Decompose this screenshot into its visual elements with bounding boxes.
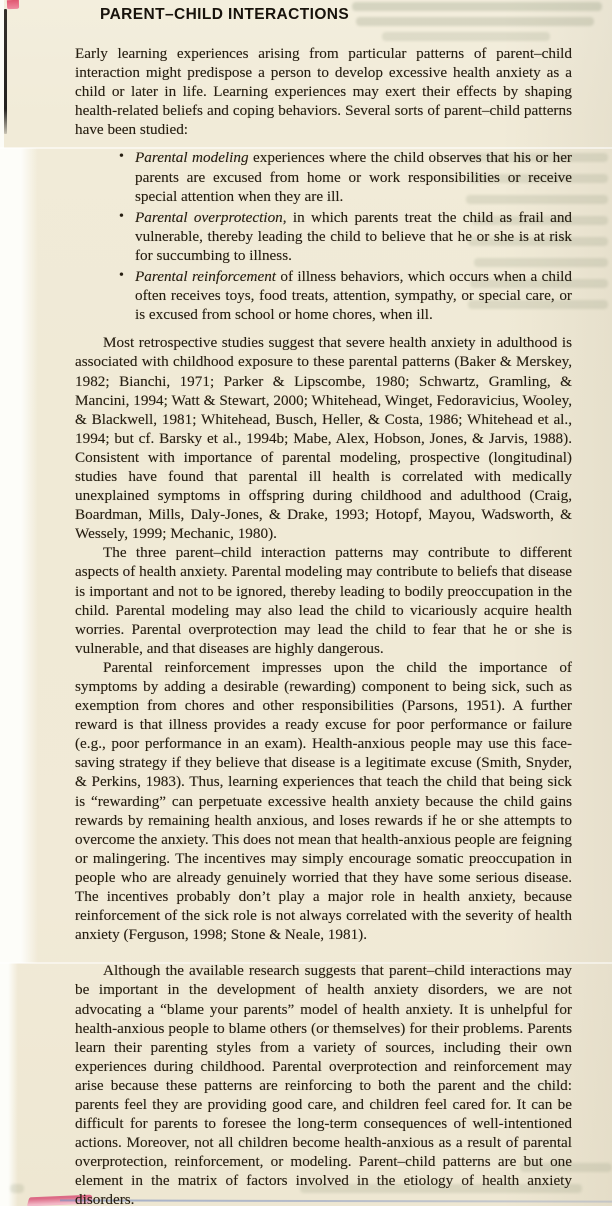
bullet-lead: Parental overprotection: [135, 209, 283, 226]
bullet-marker: •: [119, 147, 124, 166]
bullet-item: •Parental modeling experiences where the…: [75, 148, 572, 205]
ghost-line: [10, 1184, 24, 1193]
paragraph-although: Although the available research suggests…: [75, 961, 572, 1206]
bullet-item: •Parental overprotection, in which paren…: [75, 208, 572, 265]
scan-white-margin-bottom: [0, 963, 18, 1206]
bullet-lead: Parental modeling: [135, 149, 249, 166]
bullet-lead: Parental reinforcement: [135, 268, 276, 285]
pink-highlight-mark-top: [7, 0, 19, 9]
page-gutter-line: [4, 9, 7, 134]
ghost-line: [356, 17, 594, 26]
paragraph-three-patterns: The three parent–child interaction patte…: [75, 543, 572, 658]
bullet-item: •Parental reinforcement of illness behav…: [75, 267, 572, 324]
body-text: Early learning experiences arising from …: [75, 44, 572, 1206]
ghost-line: [382, 32, 550, 41]
ghost-line: [352, 2, 602, 11]
bullet-list: •Parental modeling experiences where the…: [75, 148, 572, 324]
bullet-marker: •: [119, 266, 124, 285]
paragraph-retrospective: Most retrospective studies suggest that …: [75, 333, 572, 543]
scanned-book-page: PARENT–CHILD INTERACTIONS Early learning…: [0, 0, 612, 1206]
scan-white-margin-mid: [0, 148, 38, 963]
screenshot-root: { "colors": { "paper": "#f1ebd8", "ink":…: [0, 0, 612, 1206]
paragraph-reinforcement: Parental reinforcement impresses upon th…: [75, 658, 572, 944]
bullet-marker: •: [119, 207, 124, 226]
section-heading: PARENT–CHILD INTERACTIONS: [100, 6, 349, 24]
paragraph-intro: Early learning experiences arising from …: [75, 44, 572, 139]
